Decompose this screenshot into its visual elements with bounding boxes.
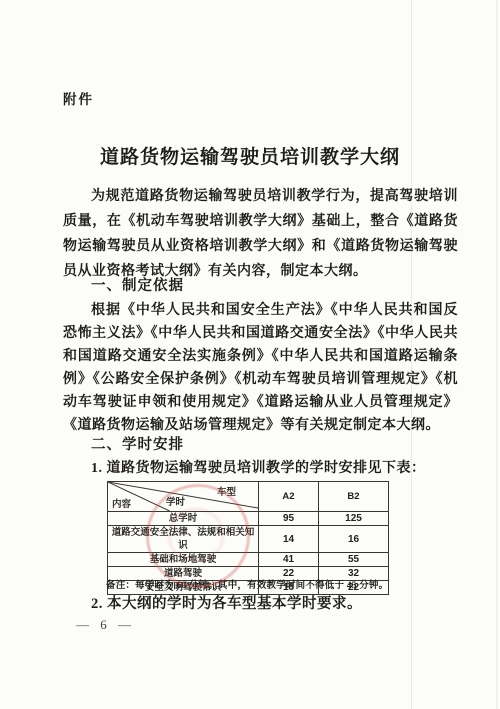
corner-label-content: 内容 <box>112 496 131 510</box>
diagonal-corner-cell: 车型 学时 内容 <box>108 482 259 512</box>
column-header-b2: B2 <box>319 482 389 512</box>
row-label: 道路交通安全法律、法规和相关知识 <box>108 526 259 553</box>
list-item-1: 1. 道路货物运输驾驶员培训教学的学时安排见下表： <box>91 457 461 477</box>
cell-b2: 125 <box>319 512 389 526</box>
scan-artifact-line <box>496 0 498 709</box>
cell-b2: 16 <box>319 526 389 553</box>
intro-paragraph: 为规范道路货物运输驾驶员培训教学行为，提高驾驶培训质量，在《机动车驾驶培训教学大… <box>63 184 458 284</box>
cell-a2: 41 <box>259 553 319 567</box>
table-row: 基础和场地驾驶 41 55 <box>108 553 389 567</box>
section1-paragraph: 根据《中华人民共和国安全生产法》《中华人民共和国反恐怖主义法》《中华人民共和国道… <box>63 299 458 437</box>
cell-a2: 14 <box>259 526 319 553</box>
row-label: 总学时 <box>108 512 259 526</box>
page-number: — 6 — <box>76 617 135 633</box>
table-note: 备注：每学时为 60 分钟。其中，有效教学时间不得低于 45 分钟。 <box>106 577 406 591</box>
table-row: 道路交通安全法律、法规和相关知识 14 16 <box>108 526 389 553</box>
row-label: 基础和场地驾驶 <box>108 553 259 567</box>
section2-heading: 二、学时安排 <box>91 433 184 454</box>
attachment-label: 附件 <box>63 88 94 108</box>
corner-label-hours: 学时 <box>166 494 185 508</box>
cell-a2: 95 <box>259 512 319 526</box>
list-item-2: 2. 本大纲的学时为各车型基本学时要求。 <box>91 592 461 613</box>
table-row: 总学时 95 125 <box>108 512 389 526</box>
document-title: 道路货物运输驾驶员培训教学大纲 <box>0 142 500 169</box>
section1-heading: 一、制定依据 <box>91 274 184 295</box>
cell-b2: 55 <box>319 553 389 567</box>
table-header-row: 车型 学时 内容 A2 B2 <box>108 482 389 512</box>
scanned-document-page: 附件 道路货物运输驾驶员培训教学大纲 为规范道路货物运输驾驶员培训教学行为，提高… <box>0 0 500 709</box>
corner-label-vehicle-type: 车型 <box>217 484 236 498</box>
column-header-a2: A2 <box>259 482 319 512</box>
